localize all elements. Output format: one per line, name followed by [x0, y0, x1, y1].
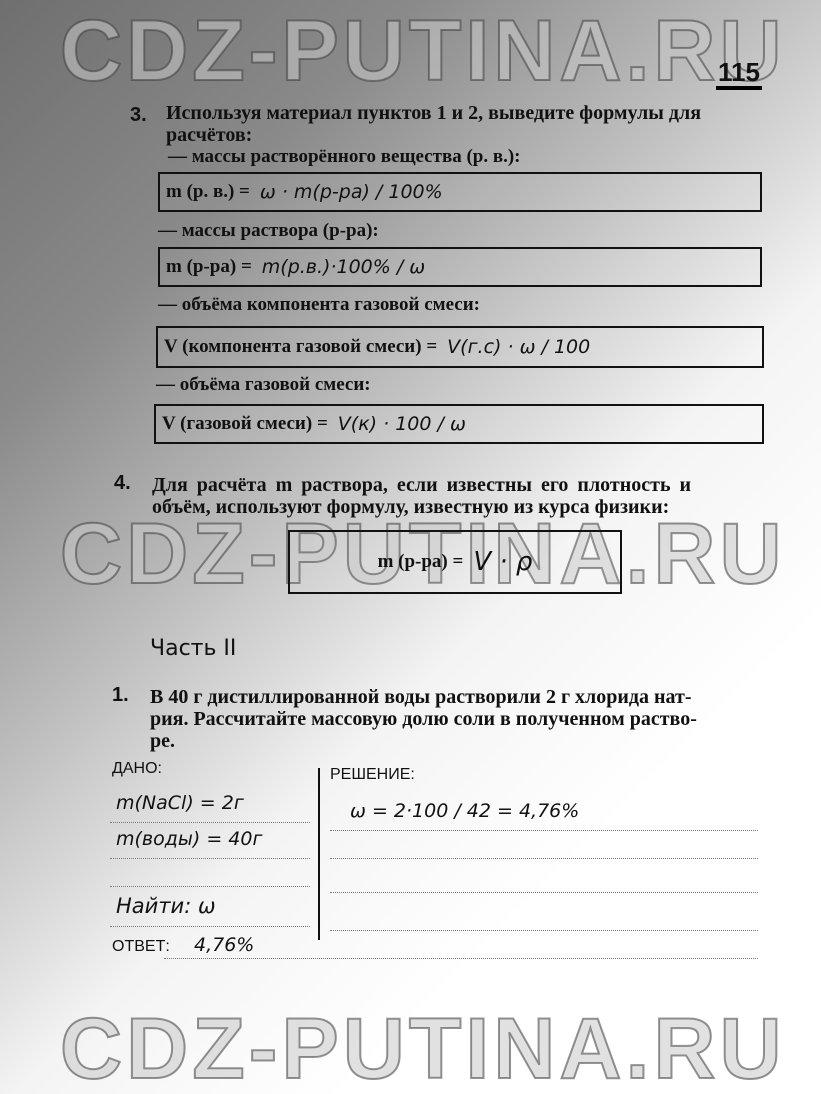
task3-text-line2: расчётов: [166, 124, 252, 146]
task3-text-line1: Используя материал пунктов 1 и 2, выведи… [166, 102, 701, 124]
solution-line-2 [330, 830, 758, 859]
formula-label: V (газовой смеси) = [162, 413, 328, 435]
part2-task1-line2: рия. Рассчитайте массовую долю соли в по… [150, 708, 697, 730]
task3-number: 3. [130, 104, 147, 127]
solution-line-1: ω = 2·100 / 42 = 4,76% [330, 800, 758, 831]
answer-line: 4,76% [164, 934, 758, 959]
solution-line-3 [330, 862, 758, 893]
watermark-bottom: CDZ-PUTINA.RU [60, 1000, 786, 1094]
page-number: 115 [716, 58, 762, 90]
given-line-4: Найти: ω [110, 894, 310, 927]
task3-caption-1: — массы растворённого вещества (р. в.): [168, 146, 521, 168]
watermark-top: CDZ-PUTINA.RU [60, 2, 786, 101]
given-label: ДАНО: [112, 760, 162, 778]
part2-task1-line3: ре. [150, 730, 175, 752]
given-solution-divider [318, 768, 320, 940]
solution-line-4 [330, 900, 758, 931]
given-line-2: m(воды) = 40г [110, 828, 310, 859]
formula-box-gas-mixture-volume: V (газовой смеси) = V(к) · 100 / ω [154, 404, 764, 444]
task4-text-line1: Для расчёта m раствора, если известны ег… [152, 474, 691, 496]
part2-task1-number: 1. [112, 684, 129, 707]
answer-label: ОТВЕТ: [112, 938, 170, 956]
formula-box-solute-mass: m (р. в.) = ω · m(р-ра) / 100% [158, 172, 762, 212]
handwritten-answer: ω · m(р-ра) / 100% [260, 181, 443, 203]
formula-box-solution-mass: m (р-ра) = m(р.в.)·100% / ω [158, 247, 762, 287]
formula-label: m (р-ра) = [378, 551, 464, 573]
part2-title: Часть II [150, 636, 236, 661]
given-line-1: m(NaCl) = 2г [110, 792, 310, 823]
task4-text-line2: объём, используют формулу, известную из … [152, 496, 669, 518]
task3-caption-2: — массы раствора (р-ра): [158, 220, 379, 242]
solution-label: РЕШЕНИЕ: [330, 766, 415, 784]
formula-label: m (р-ра) = [166, 256, 252, 278]
handwritten-answer: V(к) · 100 / ω [338, 413, 466, 435]
task3-caption-3: — объёма компонента газовой смеси: [158, 294, 480, 316]
handwritten-answer: V(г.с) · ω / 100 [447, 336, 590, 358]
formula-box-solution-mass-density: m (р-ра) = V · ρ [288, 530, 622, 594]
formula-label: V (компонента газовой смеси) = [164, 336, 437, 358]
formula-label: m (р. в.) = [166, 181, 250, 203]
task3-caption-4: — объёма газовой смеси: [156, 374, 371, 396]
handwritten-answer: m(р.в.)·100% / ω [262, 256, 425, 278]
handwritten-answer: V · ρ [473, 547, 532, 577]
formula-box-gas-component-volume: V (компонента газовой смеси) = V(г.с) · … [156, 326, 764, 368]
task4-number: 4. [114, 472, 131, 495]
given-line-3 [110, 864, 310, 887]
part2-task1-line1: В 40 г дистиллированной воды растворили … [150, 686, 692, 708]
